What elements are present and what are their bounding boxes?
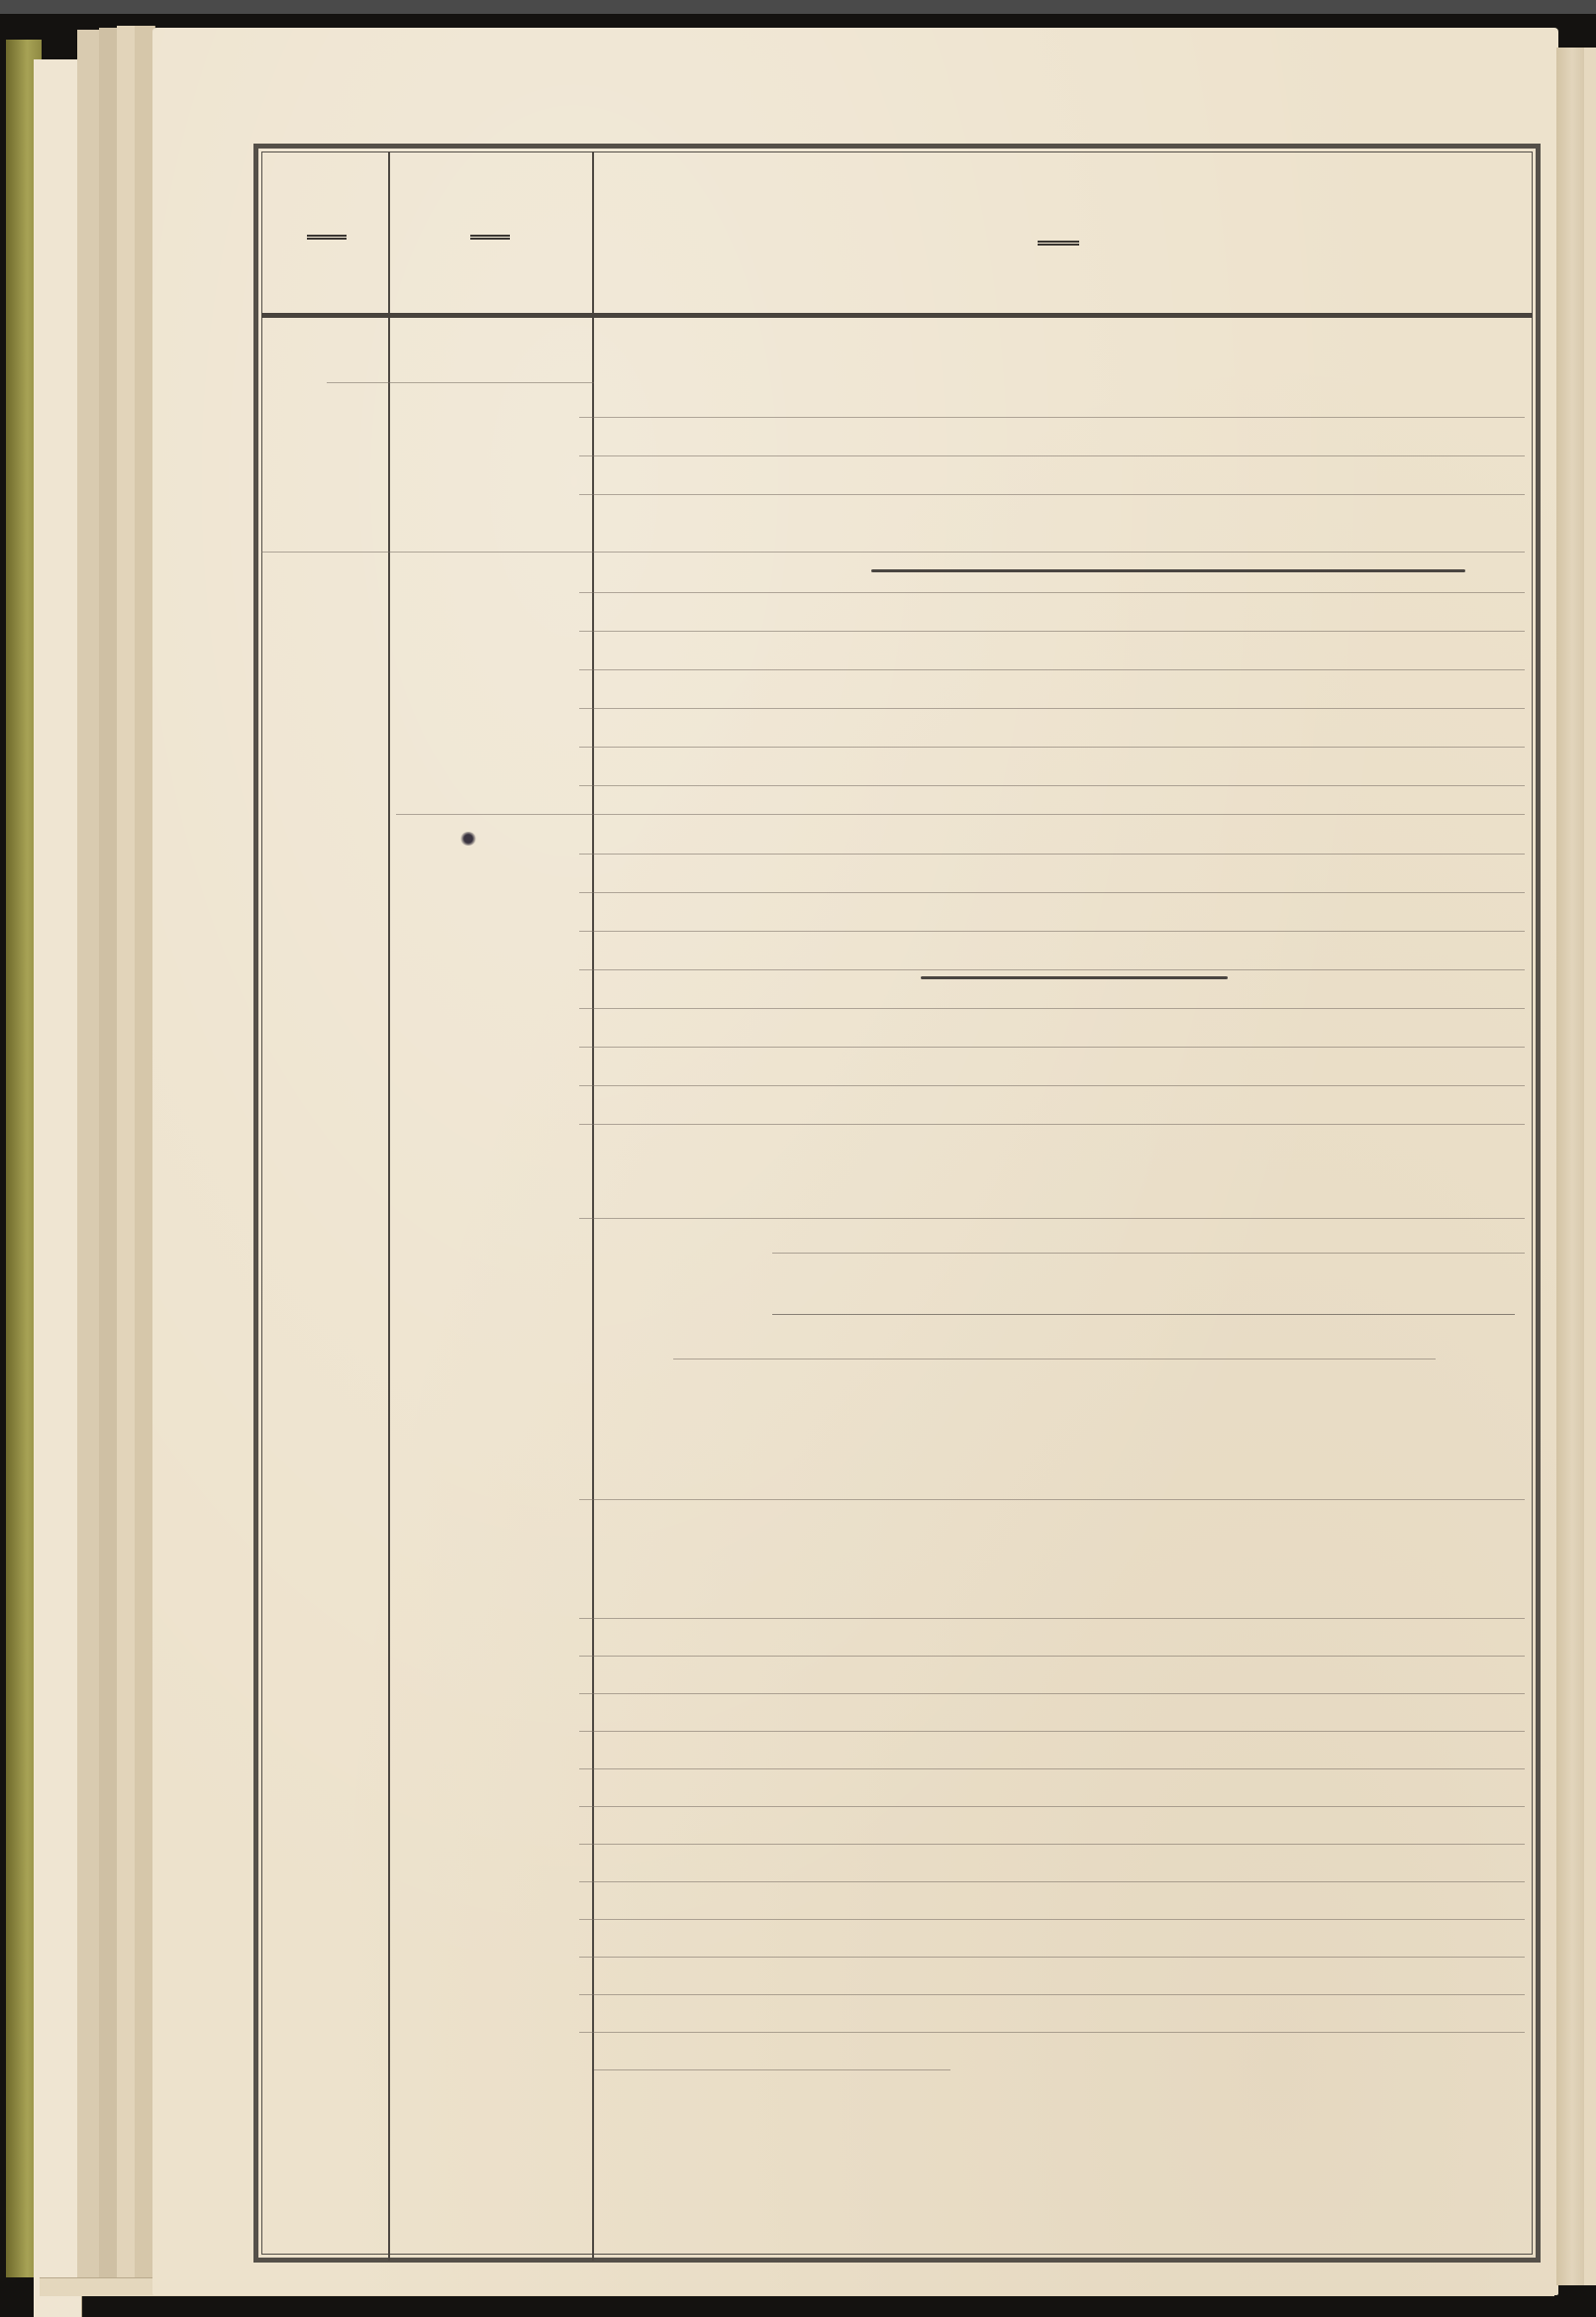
header-months-divider <box>307 235 347 240</box>
column-divider-names <box>592 151 594 2261</box>
facing-page-edge <box>1584 48 1596 2285</box>
blank-line <box>772 1314 1515 1315</box>
header-names-divider <box>470 235 510 240</box>
name-underline <box>871 569 1465 572</box>
title-divider <box>1038 241 1079 246</box>
page-stack <box>34 59 82 2317</box>
column-divider-months <box>388 151 390 2261</box>
viewer-top-bar <box>0 0 1596 14</box>
name-underline <box>921 976 1228 979</box>
header-rule <box>261 313 1533 318</box>
ink-blot <box>460 832 476 846</box>
register-frame-inner <box>261 151 1533 2255</box>
